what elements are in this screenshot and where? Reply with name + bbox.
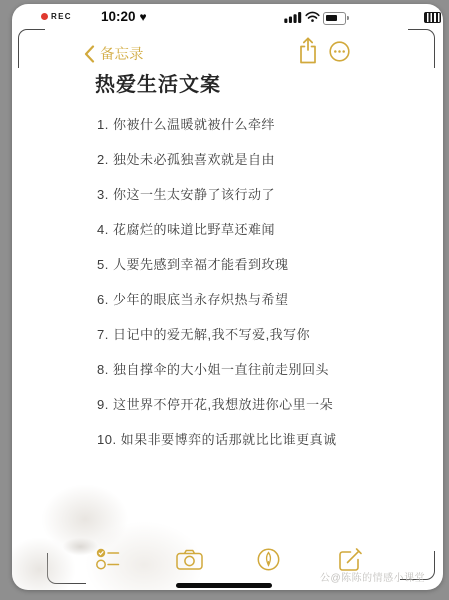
markup-button[interactable] [257, 548, 280, 571]
clock-text: 10:20 [101, 9, 136, 24]
note-line: 10. 如果非要博弈的话那就比比谁更真诚 [97, 422, 427, 457]
rec-indicator: REC [41, 12, 72, 21]
viewfinder-corner-top-right [408, 29, 435, 68]
status-bar-time: 10:20♥ [101, 9, 147, 24]
note-line: 9. 这世界不停开花,我想放进你心里一朵 [97, 387, 427, 422]
back-button[interactable]: 备忘录 [84, 43, 144, 64]
note-line: 5. 人要先感到幸福才能看到玫瑰 [97, 247, 427, 282]
note-line: 7. 日记中的爱无解,我不写爱,我写你 [97, 317, 427, 352]
note-line: 4. 花腐烂的味道比野草还难闻 [97, 212, 427, 247]
heart-icon: ♥ [140, 11, 147, 23]
battery-fill [326, 15, 337, 21]
wifi-icon [305, 11, 320, 22]
note-line: 1. 你被什么温暖就被什么牵绊 [97, 107, 427, 142]
viewfinder-corner-bottom-left [47, 553, 86, 584]
note-line: 8. 独自撑伞的大小姐一直往前走别回头 [97, 352, 427, 387]
chevron-left-icon [84, 45, 95, 63]
note-line: 3. 你这一生太安静了该行动了 [97, 177, 427, 212]
cellular-signal-icon [284, 11, 302, 23]
note-body[interactable]: 1. 你被什么温暖就被什么牵绊 2. 独处未必孤独喜欢就是自由 3. 你这一生太… [97, 107, 427, 457]
home-indicator[interactable] [176, 583, 272, 588]
share-button[interactable] [297, 37, 319, 65]
checklist-button[interactable] [96, 548, 120, 570]
viewfinder-corner-top-left [18, 29, 45, 68]
note-line: 2. 独处未必孤独喜欢就是自由 [97, 142, 427, 177]
phone-screenshot-card: 10:20♥ REC 备忘录 [12, 4, 443, 590]
battery-nub [347, 16, 349, 20]
watermark-text: 公@陈陈的情感小课堂 [320, 569, 425, 584]
camera-button[interactable] [176, 549, 203, 570]
rec-label: REC [51, 12, 72, 21]
note-line: 6. 少年的眼底当永存炽热与希望 [97, 282, 427, 317]
note-title: 热爱生活文案 [95, 68, 221, 97]
recorder-battery-icon [424, 12, 441, 23]
more-options-button[interactable] [329, 41, 350, 62]
battery-icon [323, 12, 346, 25]
rec-dot-icon [41, 13, 48, 20]
back-button-label: 备忘录 [100, 43, 144, 64]
